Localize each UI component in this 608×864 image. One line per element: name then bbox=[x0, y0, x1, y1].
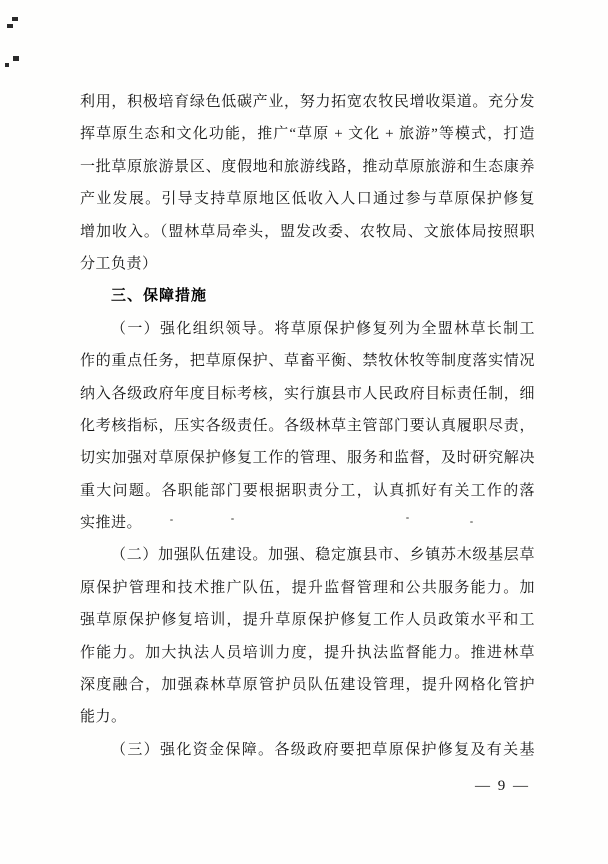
scan-artifact-dot bbox=[231, 518, 234, 520]
body-line: 强草原保护修复培训，提升草原保护修复工作人员政策水平和工 bbox=[80, 604, 535, 636]
document-body: 利用，积极培育绿色低碳产业，努力拓宽农牧民增收渠道。充分发 挥草原生态和文化功能… bbox=[80, 86, 535, 766]
scan-artifact-dot bbox=[470, 521, 473, 523]
body-line: 纳入各级政府年度目标考核，实行旗县市人民政府目标责任制，细 bbox=[80, 378, 535, 410]
scan-artifact-dot bbox=[170, 519, 173, 521]
body-line: 增加收入。（盟林草局牵头，盟发改委、农牧局、文旅体局按照职责 bbox=[80, 216, 535, 248]
body-line: （二）加强队伍建设。加强、稳定旗县市、乡镇苏木级基层草 bbox=[80, 539, 535, 571]
page-number: — 9 — bbox=[475, 778, 530, 795]
body-line: 实推进。 bbox=[80, 507, 535, 539]
body-line: 挥草原生态和文化功能，推广“草原 + 文化 + 旅游”等模式，打造 bbox=[80, 118, 535, 150]
section-heading: 三、保障措施 bbox=[80, 280, 535, 312]
body-line: 重大问题。各职能部门要根据职责分工，认真抓好有关工作的落 bbox=[80, 475, 535, 507]
body-line: 切实加强对草原保护修复工作的管理、服务和监督，及时研究解决 bbox=[80, 442, 535, 474]
ink-speck bbox=[5, 63, 9, 67]
body-line: 产业发展。引导支持草原地区低收入人口通过参与草原保护修复 bbox=[80, 183, 535, 215]
body-line: 深度融合，加强森林草原管护员队伍建设管理，提升网格化管护 bbox=[80, 669, 535, 701]
body-line: 能力。 bbox=[80, 701, 535, 733]
body-line: 利用，积极培育绿色低碳产业，努力拓宽农牧民增收渠道。充分发 bbox=[80, 86, 535, 118]
body-line: （一）强化组织领导。将草原保护修复列为全盟林草长制工 bbox=[80, 313, 535, 345]
scan-artifact-dot bbox=[406, 517, 409, 519]
ink-speck bbox=[12, 17, 18, 21]
body-line: 一批草原旅游景区、度假地和旅游线路，推动草原旅游和生态康养 bbox=[80, 151, 535, 183]
body-line: 作能力。加大执法人员培训力度，提升执法监督能力。推进林草 bbox=[80, 637, 535, 669]
body-line: 原保护管理和技术推广队伍，提升监督管理和公共服务能力。加 bbox=[80, 572, 535, 604]
body-line: （三）强化资金保障。各级政府要把草原保护修复及有关基 bbox=[80, 734, 535, 766]
document-page: 利用，积极培育绿色低碳产业，努力拓宽农牧民增收渠道。充分发 挥草原生态和文化功能… bbox=[0, 0, 608, 864]
ink-speck bbox=[13, 56, 19, 61]
body-line: 分工负责） bbox=[80, 248, 535, 280]
body-line: 作的重点任务，把草原保护、草畜平衡、禁牧休牧等制度落实情况 bbox=[80, 345, 535, 377]
ink-speck bbox=[7, 24, 13, 28]
body-line: 化考核指标，压实各级责任。各级林草主管部门要认真履职尽责， bbox=[80, 410, 535, 442]
